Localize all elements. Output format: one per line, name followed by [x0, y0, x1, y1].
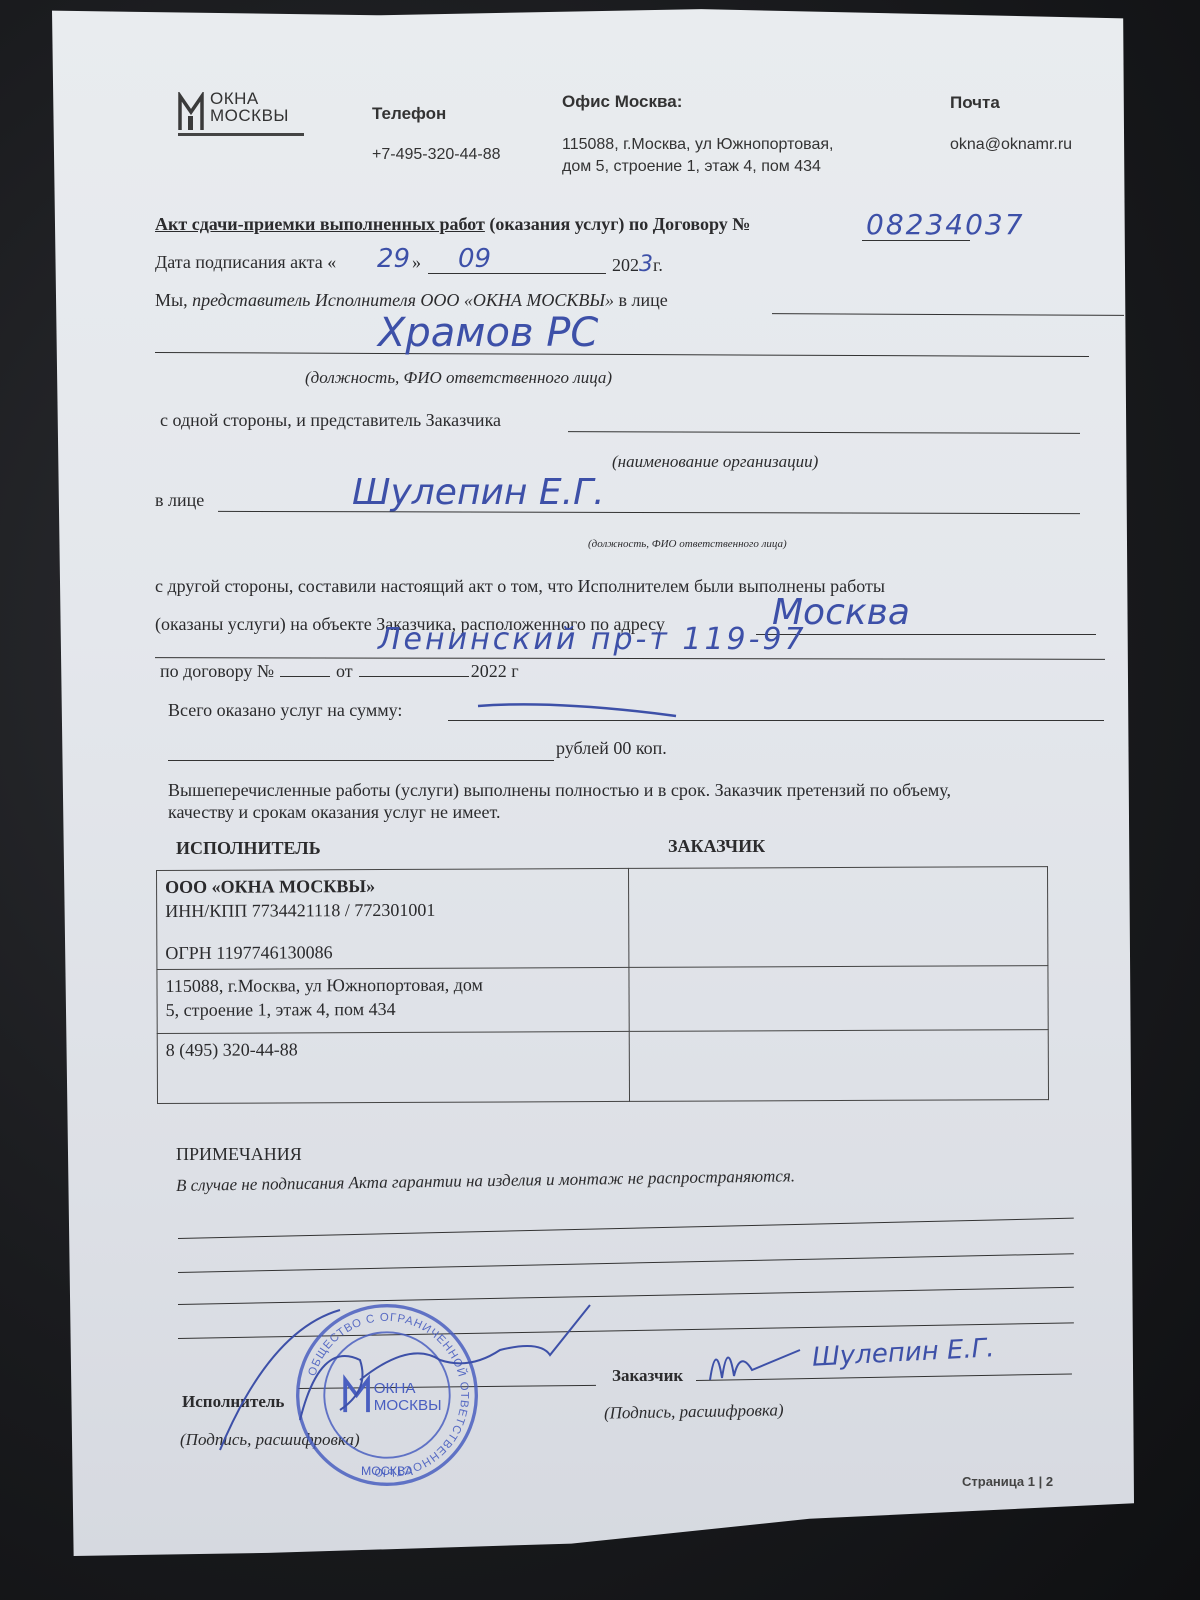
customer-sign-label: Заказчик — [612, 1366, 683, 1386]
logo-line2: МОСКВЫ — [210, 107, 289, 124]
executor-signature — [210, 1300, 600, 1460]
email-address: okna@oknamr.ru — [950, 134, 1072, 156]
customer-address-cell — [629, 966, 1048, 1032]
signing-date-label: Дата подписания акта « — [155, 252, 336, 273]
act-title: Акт сдачи-приемки выполненных работ (ока… — [155, 214, 750, 235]
customer-rep-caption: (должность, ФИО ответственного лица) — [588, 538, 787, 550]
logo-line1: ОКНА — [210, 90, 289, 107]
address-handwritten-street: Ленинский пр-т 119-97 — [378, 622, 807, 657]
customer-signature-scribble — [700, 1330, 810, 1390]
sum-currency: рублей 00 коп. — [556, 738, 667, 759]
date-close-quote: » — [412, 252, 421, 273]
executor-intro: Мы, представитель Исполнителя ООО «ОКНА … — [155, 290, 668, 311]
sum-dash-handwritten — [476, 700, 686, 720]
requisites-table: ООО «ОКНА МОСКВЫ» ИНН/КПП 7734421118 / 7… — [156, 866, 1049, 1104]
act-title-underlined: Акт сдачи-приемки выполненных работ — [155, 214, 485, 234]
executor-rep-handwritten: Храмов РС — [378, 310, 598, 356]
office-address-1: 115088, г.Москва, ул Южнопортовая, — [562, 134, 833, 156]
executor-phone-cell: 8 (495) 320-44-88 — [157, 1031, 629, 1103]
statement-line1: Вышеперечисленные работы (услуги) выполн… — [168, 780, 951, 801]
customer-in-person-label: в лице — [155, 490, 204, 511]
statement-line2: качеству и срокам оказания услуг не имее… — [168, 802, 501, 823]
date-day-handwritten: 29 — [377, 244, 410, 274]
date-month-handwritten: 09 — [458, 244, 491, 274]
stamp-city: МОСКВА — [361, 1464, 414, 1478]
act-title-rest: (оказания услуг) по Договору № — [485, 214, 751, 234]
date-year-digit-handwritten: 3 — [639, 252, 653, 277]
contract-ref: по договору №от2022 г — [160, 661, 519, 682]
contract-number-handwritten: 08234037 — [866, 208, 1025, 241]
customer-rep-handwritten: Шулепин Е.Г. — [352, 472, 605, 513]
table-row: 115088, г.Москва, ул Южнопортовая, дом 5… — [157, 966, 1048, 1034]
customer-heading: ЗАКАЗЧИК — [668, 836, 765, 857]
executor-rep-caption: (должность, ФИО ответственного лица) — [305, 368, 612, 388]
email-label: Почта — [950, 93, 1000, 113]
customer-phone-cell — [629, 1030, 1048, 1102]
page-number: Страница 1 | 2 — [962, 1474, 1053, 1489]
table-row: ООО «ОКНА МОСКВЫ» ИНН/КПП 7734421118 / 7… — [157, 867, 1048, 970]
notes-heading: ПРИМЕЧАНИЯ — [176, 1144, 302, 1165]
executor-address-cell: 115088, г.Москва, ул Южнопортовая, дом 5… — [157, 967, 629, 1033]
logo-underline — [178, 133, 304, 136]
sum-label: Всего оказано услуг на сумму: — [168, 700, 402, 721]
customer-company-cell — [628, 867, 1047, 968]
office-label: Офис Москва: — [562, 92, 682, 112]
phone-label: Телефон — [372, 104, 446, 124]
table-row: 8 (495) 320-44-88 — [157, 1030, 1048, 1104]
office-address-2: дом 5, строение 1, этаж 4, пом 434 — [562, 156, 821, 178]
company-logo: ОКНА МОСКВЫ — [178, 88, 306, 136]
customer-sign-caption: (Подпись, расшифровка) — [604, 1400, 784, 1423]
phone-number: +7-495-320-44-88 — [372, 144, 501, 166]
customer-org-caption: (наименование организации) — [612, 452, 818, 472]
executor-company-cell: ООО «ОКНА МОСКВЫ» ИНН/КПП 7734421118 / 7… — [157, 868, 629, 969]
executor-heading: ИСПОЛНИТЕЛЬ — [176, 838, 321, 859]
customer-intro: с одной стороны, и представитель Заказчи… — [160, 410, 501, 431]
date-year: 2023г. — [612, 252, 663, 277]
okna-moskvy-logo-icon — [178, 92, 204, 132]
